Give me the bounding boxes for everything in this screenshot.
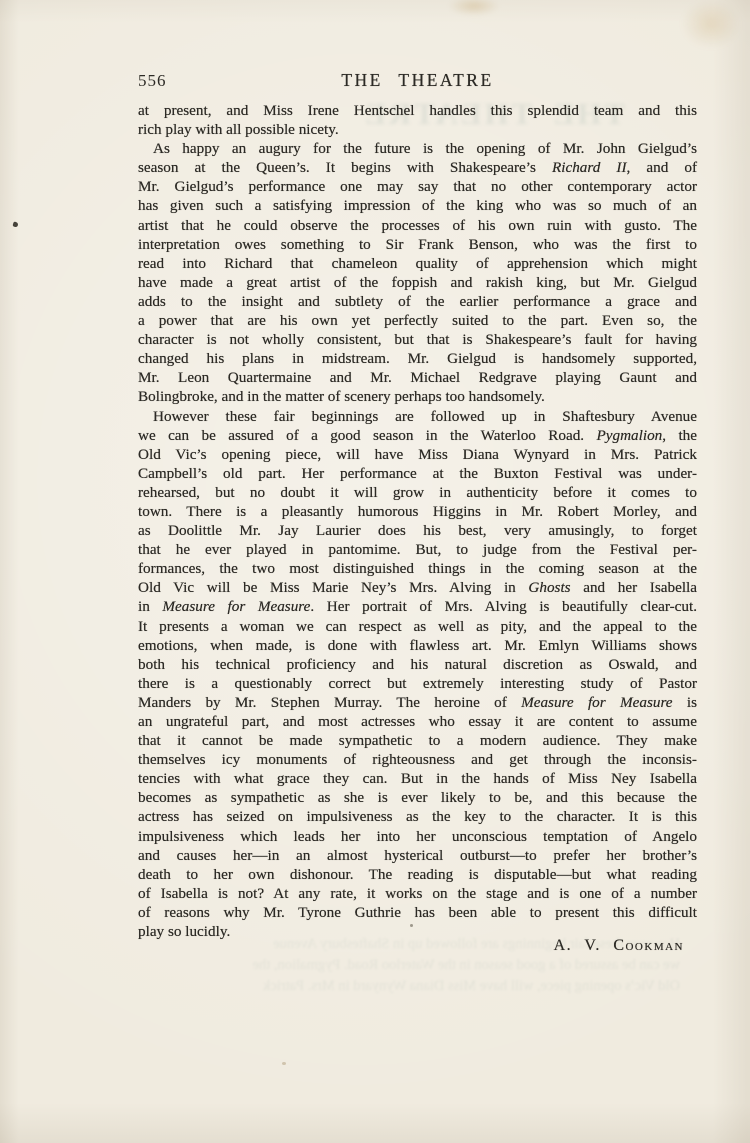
text-line: have made a great artist of the foppish … xyxy=(138,273,697,292)
text-line: has given such a satisfying impression o… xyxy=(138,196,697,215)
text-line: of reasons why Mr. Tyrone Guthrie has be… xyxy=(138,903,697,922)
text-line: emotions, when made, is done with flawle… xyxy=(138,636,697,655)
text-line: formances, the two most distinguished th… xyxy=(138,559,697,578)
text-line: interpretation owes something to Sir Fra… xyxy=(138,235,697,254)
text-line: Mr. Leon Quartermaine and Mr. Michael Re… xyxy=(138,368,697,387)
text-line: Campbell’s old part. Her performance at … xyxy=(138,464,697,483)
text-line: and causes her—in an almost hysterical o… xyxy=(138,846,697,865)
text-line: that he ever played in pantomime. But, t… xyxy=(138,540,697,559)
text-line: an ungrateful part, and most actresses w… xyxy=(138,712,697,731)
book-page: THE THEATRE However these fair beginning… xyxy=(0,0,750,1143)
text-line: rehearsed, but no doubt it will grow in … xyxy=(138,483,697,502)
text-line: in Measure for Measure. Her portrait of … xyxy=(138,597,697,616)
text-line: town. There is a pleasantly humorous Hig… xyxy=(138,502,697,521)
text-line: Manders by Mr. Stephen Murray. The heroi… xyxy=(138,693,697,712)
text-line: a power that are his own yet perfectly s… xyxy=(138,311,697,330)
text-line: It presents a woman we can respect as we… xyxy=(138,617,697,636)
text-line: read into Richard that chameleon quality… xyxy=(138,254,697,273)
text-line: tencies with what grace they can. But in… xyxy=(138,769,697,788)
paper-stain xyxy=(682,0,740,48)
text-line: Old Vic will be Miss Marie Ney’s Mrs. Al… xyxy=(138,578,697,597)
text-line: season at the Queen’s. It begins with Sh… xyxy=(138,158,697,177)
text-line: artist that he could observe the process… xyxy=(138,216,697,235)
show-through-text: we can be assured of a good season in th… xyxy=(152,957,680,975)
text-line: there is a questionably correct but extr… xyxy=(138,674,697,693)
text-line: impulsiveness which leads her into her u… xyxy=(138,827,697,846)
text-line: changed his plans in midstream. Mr. Giel… xyxy=(138,349,697,368)
paper-speck xyxy=(12,221,18,227)
text-line: However these fair beginnings are follow… xyxy=(138,407,697,426)
text-line: at present, and Miss Irene Hentschel han… xyxy=(138,101,697,120)
text-line: of Isabella is not? At any rate, it work… xyxy=(138,884,697,903)
author-byline: A. V. Cookman xyxy=(554,937,684,955)
text-line: character is not wholly consistent, but … xyxy=(138,330,697,349)
text-line: Mr. Gielgud’s performance one may say th… xyxy=(138,177,697,196)
text-line: we can be assured of a good season in th… xyxy=(138,426,697,445)
show-through-text: Old Vic’s opening piece, will have Miss … xyxy=(152,978,680,996)
text-line: Bolingbroke, and in the matter of scener… xyxy=(138,387,697,406)
text-line: as Doolittle Mr. Jay Laurier does his be… xyxy=(138,521,697,540)
page-header: 556 THE THEATRE xyxy=(138,70,697,92)
text-line: death to her own dishonour. The reading … xyxy=(138,865,697,884)
text-line: becomes as sympathetic as she is ever li… xyxy=(138,788,697,807)
text-line: that it cannot be made sympathetic to a … xyxy=(138,731,697,750)
text-line: both his technical proficiency and his n… xyxy=(138,655,697,674)
running-head-title: THE THEATRE xyxy=(138,70,697,91)
text-line: As happy an augury for the future is the… xyxy=(138,139,697,158)
paper-stain xyxy=(448,0,500,16)
text-line: themselves icy monuments of righteousnes… xyxy=(138,750,697,769)
text-line: rich play with all possible nicety. xyxy=(138,120,697,139)
article-body: at present, and Miss Irene Hentschel han… xyxy=(138,101,697,941)
text-line: adds to the insight and subtlety of the … xyxy=(138,292,697,311)
paper-speck xyxy=(282,1062,286,1065)
text-line: Old Vic’s opening piece, will have Miss … xyxy=(138,445,697,464)
text-line: actress has seized on impulsiveness as t… xyxy=(138,807,697,826)
